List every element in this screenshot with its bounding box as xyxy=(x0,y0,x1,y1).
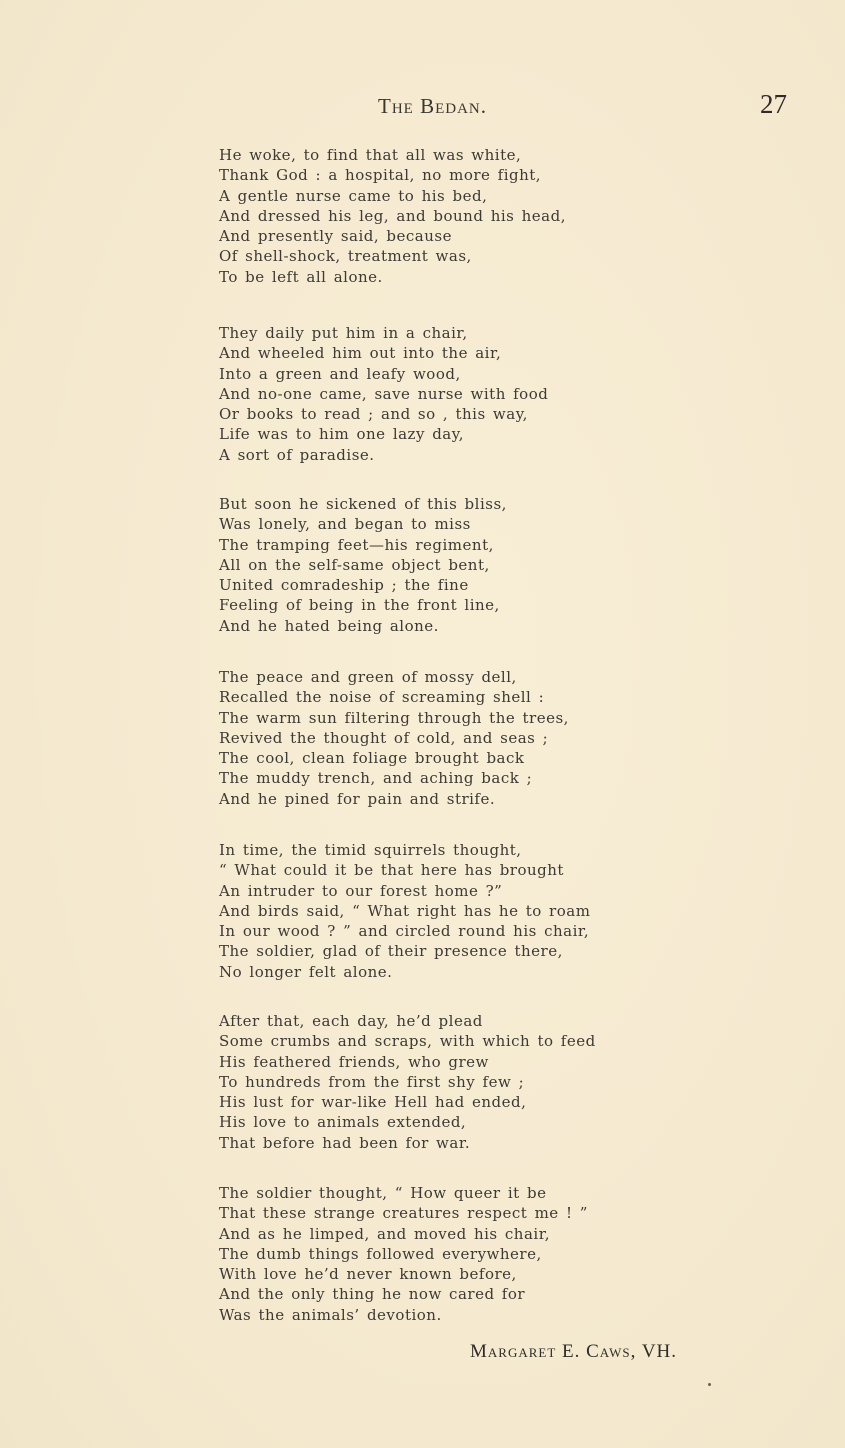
poem-line: The tramping feet—his regiment, xyxy=(219,535,507,555)
poem-line: And dressed his leg, and bound his head, xyxy=(219,206,566,226)
poem-line: The warm sun filtering through the trees… xyxy=(219,708,569,728)
poem-line: They daily put him in a chair, xyxy=(219,323,548,343)
poem-line: Was the animals’ devotion. xyxy=(219,1305,588,1325)
stanza-6: After that, each day, he’d plead Some cr… xyxy=(219,1011,596,1153)
stanza-5: In time, the timid squirrels thought, “ … xyxy=(219,840,590,982)
poem-line: Life was to him one lazy day, xyxy=(219,424,548,444)
poem-line: Of shell-shock, treatment was, xyxy=(219,246,566,266)
poem-line: The cool, clean foliage brought back xyxy=(219,748,569,768)
poem-line: And birds said, “ What right has he to r… xyxy=(219,901,590,921)
poem-line: And the only thing he now cared for xyxy=(219,1284,588,1304)
poem-line: That before had been for war. xyxy=(219,1133,596,1153)
stanza-3: But soon he sickened of this bliss, Was … xyxy=(219,494,507,636)
document-page: The Bedan. 27 He woke, to find that all … xyxy=(0,0,845,1448)
poem-line: And no-one came, save nurse with food xyxy=(219,384,548,404)
poem-line: To be left all alone. xyxy=(219,267,566,287)
poem-line: A gentle nurse came to his bed, xyxy=(219,186,566,206)
poem-line: And presently said, because xyxy=(219,226,566,246)
poem-line: Revived the thought of cold, and seas ; xyxy=(219,728,569,748)
poem-line: And wheeled him out into the air, xyxy=(219,343,548,363)
poem-line: The dumb things followed everywhere, xyxy=(219,1244,588,1264)
poem-line: With love he’d never known before, xyxy=(219,1264,588,1284)
stanza-2: They daily put him in a chair, And wheel… xyxy=(219,323,548,465)
stanza-1: He woke, to find that all was white, Tha… xyxy=(219,145,566,287)
poem-line: Feeling of being in the front line, xyxy=(219,595,507,615)
poem-line: His lust for war-like Hell had ended, xyxy=(219,1092,596,1112)
poem-line: But soon he sickened of this bliss, xyxy=(219,494,507,514)
poem-line: Was lonely, and began to miss xyxy=(219,514,507,534)
poem-line: And as he limped, and moved his chair, xyxy=(219,1224,588,1244)
poem-line: In time, the timid squirrels thought, xyxy=(219,840,590,860)
stanza-7: The soldier thought, “ How queer it be T… xyxy=(219,1183,588,1325)
running-header-title: The Bedan. xyxy=(0,94,845,119)
poem-line: That these strange creatures respect me … xyxy=(219,1203,588,1223)
poem-line: The peace and green of mossy dell, xyxy=(219,667,569,687)
poem-line: And he pined for pain and strife. xyxy=(219,789,569,809)
poem-line: The soldier, glad of their presence ther… xyxy=(219,941,590,961)
poem-line: And he hated being alone. xyxy=(219,616,507,636)
poem-line: To hundreds from the first shy few ; xyxy=(219,1072,596,1092)
poem-line: His feathered friends, who grew xyxy=(219,1052,596,1072)
poem-line: In our wood ? ” and circled round his ch… xyxy=(219,921,590,941)
page-number: 27 xyxy=(760,89,787,120)
poem-line: No longer felt alone. xyxy=(219,962,590,982)
poem-line: Some crumbs and scraps, with which to fe… xyxy=(219,1031,596,1051)
stanza-4: The peace and green of mossy dell, Recal… xyxy=(219,667,569,809)
poem-line: Into a green and leafy wood, xyxy=(219,364,548,384)
poem-line: Recalled the noise of screaming shell : xyxy=(219,687,569,707)
poem-line: All on the self-same object bent, xyxy=(219,555,507,575)
poem-line: His love to animals extended, xyxy=(219,1112,596,1132)
poem-line: He woke, to find that all was white, xyxy=(219,145,566,165)
poem-line: Or books to read ; and so , this way, xyxy=(219,404,548,424)
poem-line: United comradeship ; the fine xyxy=(219,575,507,595)
poem-line: The muddy trench, and aching back ; xyxy=(219,768,569,788)
author-signature: Margaret E. Caws, VH. xyxy=(470,1341,677,1363)
poem-line: “ What could it be that here has brought xyxy=(219,860,590,880)
poem-line: After that, each day, he’d plead xyxy=(219,1011,596,1031)
poem-line: Thank God : a hospital, no more fight, xyxy=(219,165,566,185)
paper-speck xyxy=(708,1383,711,1386)
poem-line: An intruder to our forest home ?” xyxy=(219,881,590,901)
poem-line: The soldier thought, “ How queer it be xyxy=(219,1183,588,1203)
poem-line: A sort of paradise. xyxy=(219,445,548,465)
